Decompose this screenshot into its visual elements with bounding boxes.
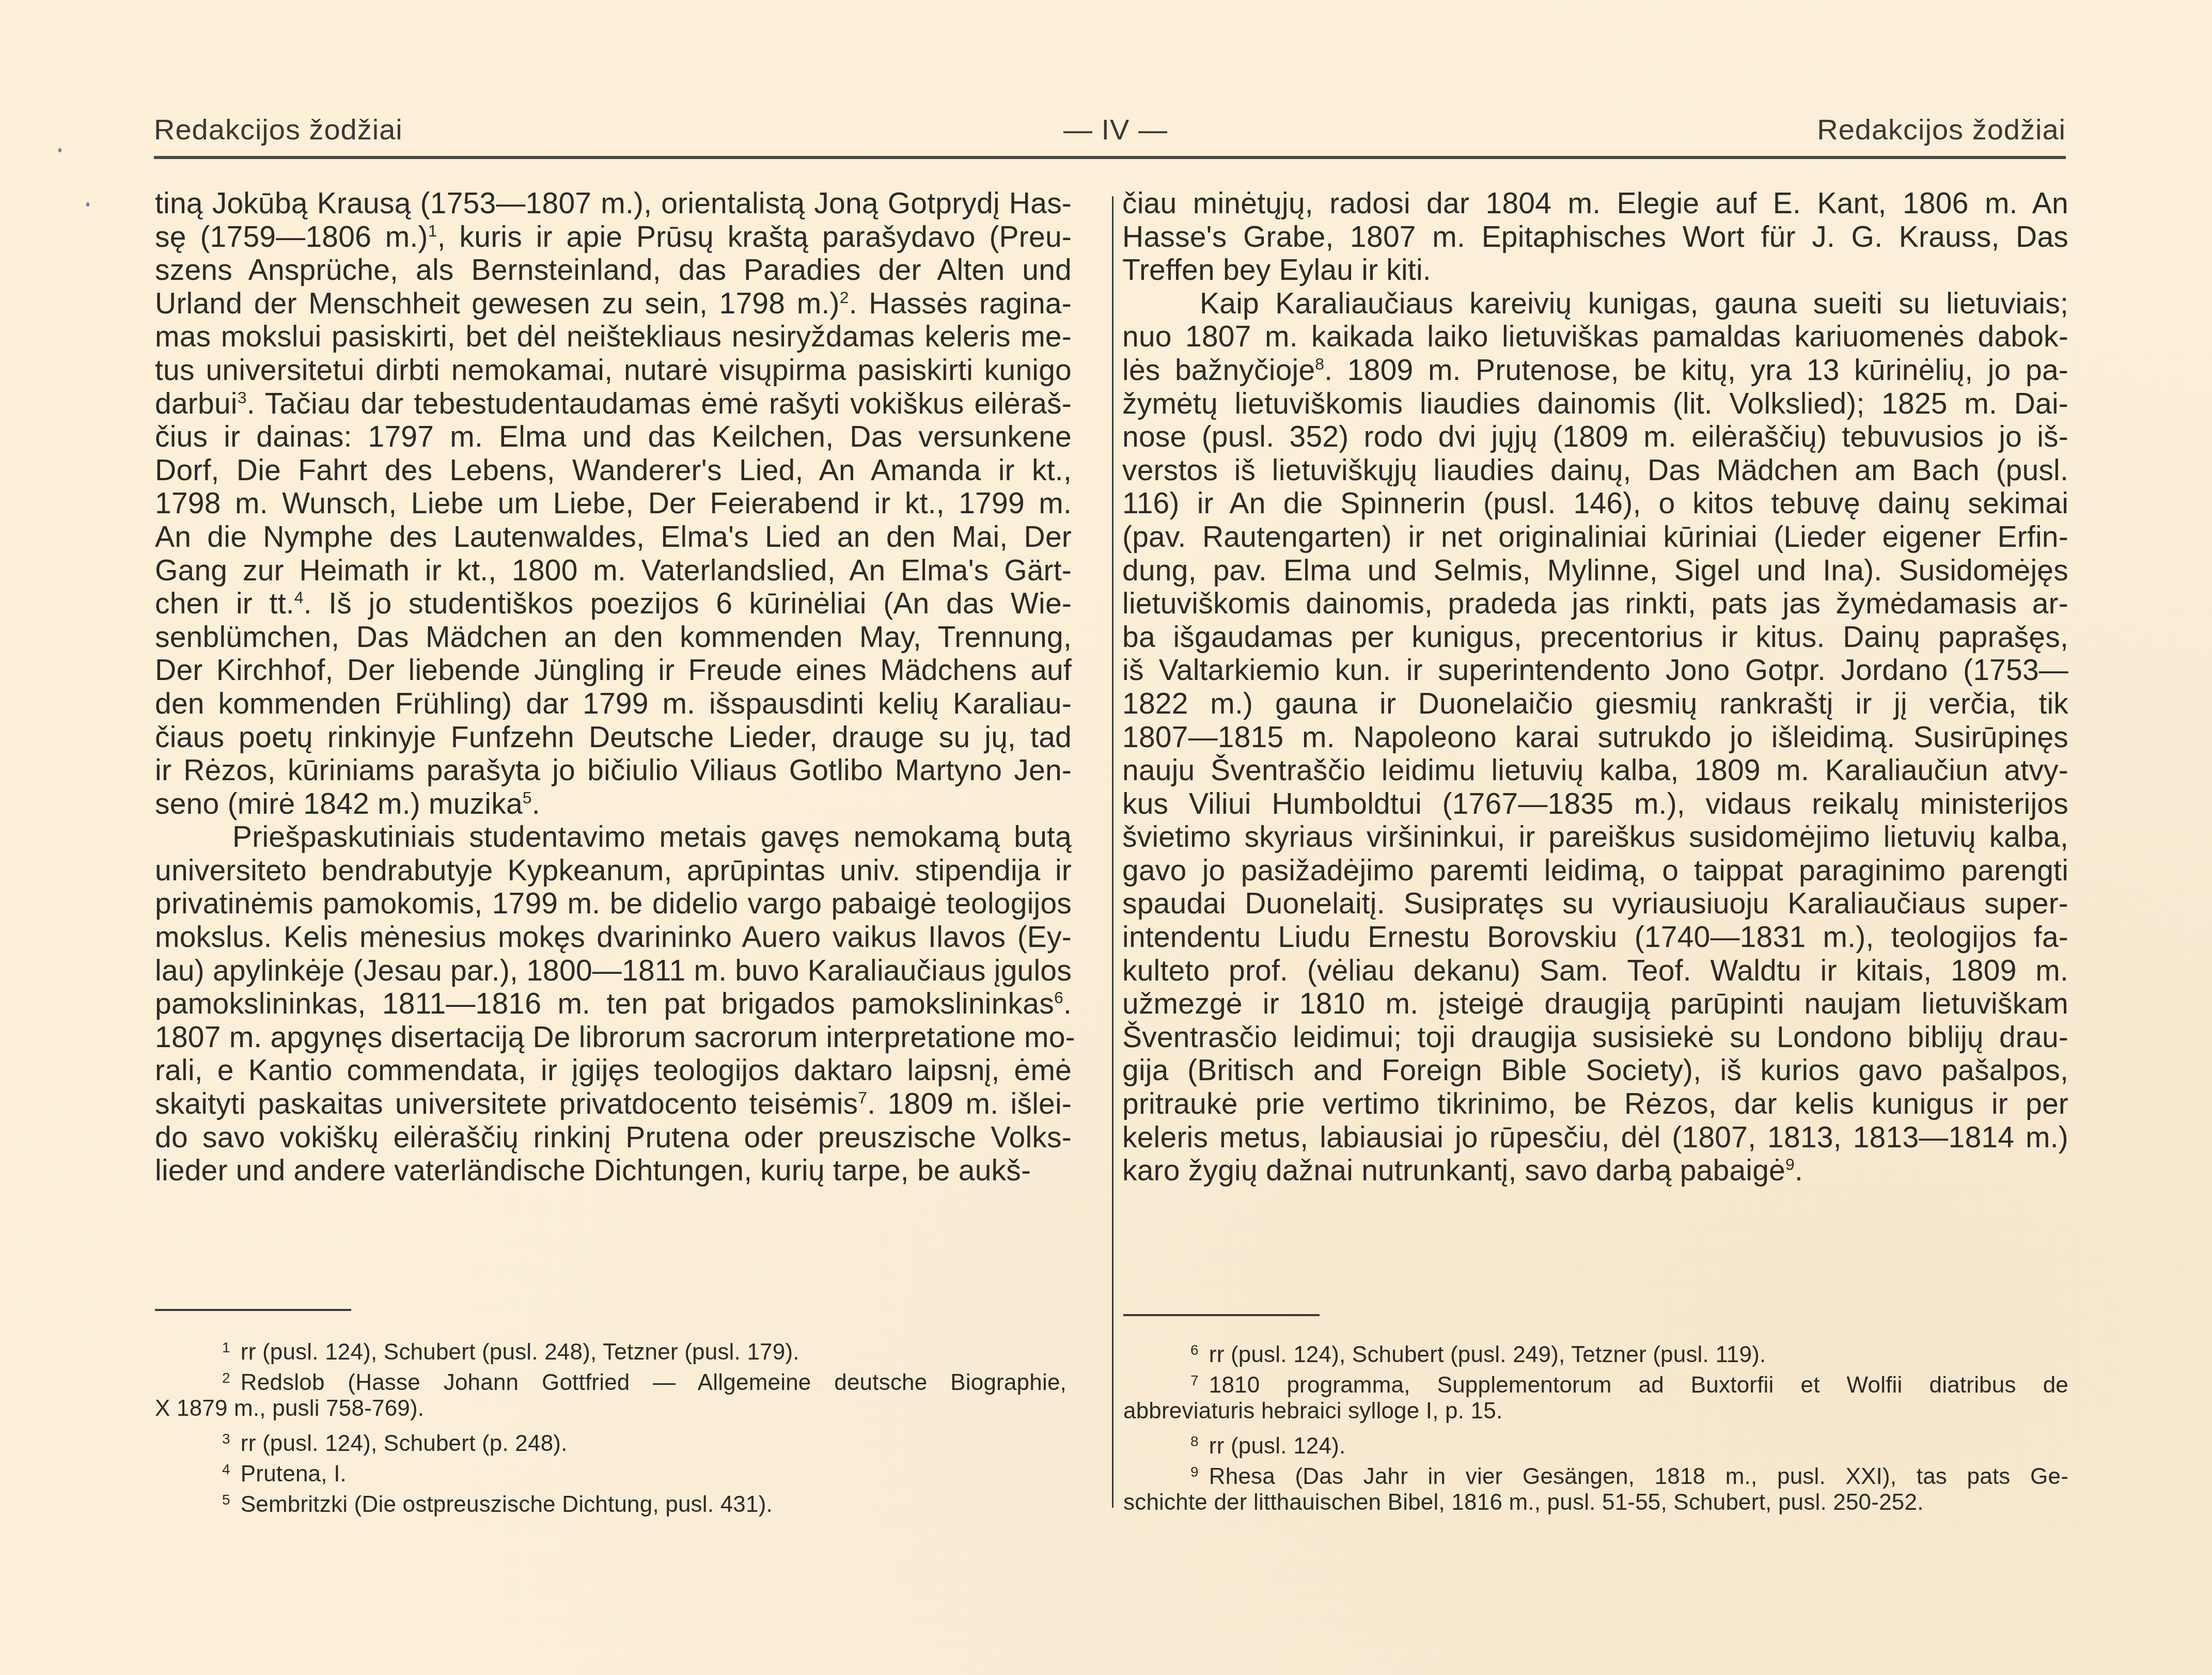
footnote-ref: 9	[1785, 1155, 1795, 1174]
left-column-text: tiną Jokūbą Krausą (1753—1807 m.), orien…	[155, 187, 1072, 1188]
text-line: 1798 m. Wunsch, Liebe um Liebe, Der Feie…	[155, 487, 1072, 520]
footnote-number: 5	[222, 1492, 230, 1508]
footnote-text: Prutena, I.	[241, 1461, 347, 1487]
footnote-number: 4	[222, 1461, 230, 1477]
footnote-ref: 5	[523, 788, 532, 807]
text-line: do savo vokiškų eilėraščių rinkinį Prute…	[155, 1121, 1072, 1155]
text-line: Dorf, Die Fahrt des Lebens, Wanderer's L…	[155, 454, 1072, 487]
text-line: verstos iš lietuviškųjų liaudies dainų, …	[1122, 454, 2068, 487]
footnote-text: rr (pusl. 124), Schubert (pusl. 249), Te…	[1209, 1342, 1766, 1367]
text-line: nuo 1807 m. kaikada laiko lietuviškas pa…	[1122, 320, 2068, 354]
text-line: nauju Šventraščio leidimu lietuvių kalba…	[1122, 754, 2068, 787]
right-column-text: čiau minėtųjų, radosi dar 1804 m. Elegie…	[1122, 187, 2068, 1188]
text-line: nose (pusl. 352) rodo dvi jųjų (1809 m. …	[1122, 420, 2068, 454]
text-line: Hasse's Grabe, 1807 m. Epitaphisches Wor…	[1122, 220, 2068, 254]
text-line: karo žygių dažnai nutrunkantį, savo darb…	[1122, 1154, 2068, 1188]
text-line: lau) apylinkėje (Jesau par.), 1800—1811 …	[155, 954, 1072, 988]
text-line: mas mokslui pasiskirti, bet dėl neištekl…	[155, 320, 1072, 354]
text-line: 116) ir An die Spinnerin (pusl. 146), o …	[1122, 487, 2068, 520]
running-header-left: Redakcijos žodžiai	[154, 113, 403, 146]
text-line: kus Viliui Humboldtui (1767—1835 m.), vi…	[1122, 787, 2068, 821]
footnotes-right: 6rr (pusl. 124), Schubert (pusl. 249), T…	[1123, 1335, 2068, 1518]
footnote-ref: 2	[840, 288, 849, 307]
text-line: ba išgaudamas per kunigus, precentorius …	[1122, 621, 2068, 654]
text-line: darbui3. Tačiau dar tebestudentaudamas ė…	[155, 387, 1072, 421]
footnote-rule-left	[155, 1309, 351, 1311]
text-line: rali, e Kantio commendata, ir įgijęs teo…	[155, 1054, 1072, 1087]
text-line: mokslus. Kelis mėnesius mokęs dvarininko…	[155, 921, 1072, 954]
footnote-line: 8rr (pusl. 124).	[1123, 1426, 2068, 1457]
text-line: švietimo skyriaus viršininkui, ir pareiš…	[1122, 820, 2068, 854]
footnote-ref: 1	[428, 222, 437, 240]
footnote-line: X 1879 m., pusli 758-769).	[155, 1393, 1066, 1424]
footnote-text: abbreviaturis hebraici sylloge I, p. 15.	[1123, 1398, 1502, 1424]
text-line: 1822 m.) gauna ir Duonelaičio giesmių ra…	[1122, 687, 2068, 721]
text-line: szens Ansprüche, als Bernsteinland, das …	[155, 254, 1072, 287]
text-line: pritraukė prie vertimo tikrinimo, be Rėz…	[1122, 1087, 2068, 1121]
text-line: 1807 m. apgynęs disertaciją De librorum …	[155, 1021, 1072, 1054]
running-header-right: Redakcijos žodžiai	[1817, 113, 2066, 146]
text-line: pamokslininkas, 1811—1816 m. ten pat bri…	[155, 987, 1072, 1021]
footnote-text: 1810 programma, Supplementorum ad Buxtor…	[1209, 1372, 2068, 1398]
footnote-ref: 7	[858, 1088, 867, 1107]
footnote-number: 9	[1190, 1464, 1199, 1480]
column-divider	[1112, 196, 1113, 1508]
footnote-line: 6rr (pusl. 124), Schubert (pusl. 249), T…	[1123, 1335, 2068, 1365]
footnote-text: Redslob (Hasse Johann Gottfried — Allgem…	[241, 1370, 1066, 1395]
text-line: iš Valtarkiemio kun. ir superintendento …	[1122, 654, 2068, 687]
text-line: ir Rėzos, kūriniams parašyta jo bičiulio…	[155, 754, 1072, 787]
text-line: tus universitetui dirbti nemokamai, nuta…	[155, 354, 1072, 387]
text-line: lieder und andere vaterländische Dichtun…	[155, 1154, 1072, 1188]
footnote-line: 4Prutena, I.	[155, 1454, 1066, 1484]
footnote-number: 7	[1190, 1372, 1199, 1388]
text-line: den kommenden Frühling) dar 1799 m. išsp…	[155, 687, 1072, 721]
text-line: tiną Jokūbą Krausą (1753—1807 m.), orien…	[155, 187, 1072, 220]
footnote-ref: 4	[294, 588, 304, 607]
text-line: gija (Britisch and Foreign Bible Society…	[1122, 1054, 2068, 1087]
footnote-number: 8	[1190, 1433, 1199, 1449]
footnote-line: 3rr (pusl. 124), Schubert (p. 248).	[155, 1424, 1066, 1454]
footnote-text: rr (pusl. 124), Schubert (pusl. 248), Te…	[241, 1339, 799, 1365]
text-line: lietuviškomis dainomis, pradeda jas rink…	[1122, 587, 2068, 621]
text-line: Priešpaskutiniais studentavimo metais ga…	[155, 820, 1072, 854]
text-line: (pav. Rautengarten) ir net originaliniai…	[1122, 520, 2068, 554]
footnotes-left: 1rr (pusl. 124), Schubert (pusl. 248), T…	[155, 1332, 1066, 1515]
header-rule	[154, 156, 2066, 159]
text-line: privatinėmis pamokomis, 1799 m. be didel…	[155, 887, 1072, 921]
footnote-number: 6	[1190, 1342, 1199, 1358]
text-line: čiaus poetų rinkinyje Funfzehn Deutsche …	[155, 721, 1072, 754]
footnote-line: schichte der litthauischen Bibel, 1816 m…	[1123, 1487, 2068, 1518]
text-line: kulteto prof. (vėliau dekanu) Sam. Teof.…	[1122, 954, 2068, 988]
text-line: universiteto bendrabutyje Kypkeanum, apr…	[155, 854, 1072, 888]
footnote-ref: 3	[238, 388, 247, 407]
footnote-text: rr (pusl. 124), Schubert (p. 248).	[241, 1431, 568, 1456]
footnote-text: Sembritzki (Die ostpreuszische Dichtung,…	[241, 1492, 773, 1517]
text-line: seno (mirė 1842 m.) muzika5.	[155, 787, 1072, 821]
footnote-text: rr (pusl. 124).	[1209, 1433, 1346, 1459]
footnote-rule-right	[1123, 1314, 1320, 1316]
text-line: sę (1759—1806 m.)1, kuris ir apie Prūsų …	[155, 220, 1072, 254]
footnote-line: 1rr (pusl. 124), Schubert (pusl. 248), T…	[155, 1332, 1066, 1363]
text-line: dung, pav. Elma und Selmis, Mylinne, Sig…	[1122, 554, 2068, 588]
footnote-line: 71810 programma, Supplementorum ad Buxto…	[1123, 1365, 2068, 1396]
text-line: 1807—1815 m. Napoleono karai sutrukdo jo…	[1122, 721, 2068, 754]
ink-speck	[86, 202, 89, 207]
text-line: keleris metus, labiausiai jo rūpesčiu, d…	[1122, 1121, 2068, 1155]
footnote-line: abbreviaturis hebraici sylloge I, p. 15.	[1123, 1396, 2068, 1426]
footnote-line: 2Redslob (Hasse Johann Gottfried — Allge…	[155, 1363, 1066, 1393]
footnote-text: X 1879 m., pusli 758-769).	[155, 1396, 424, 1421]
footnote-number: 1	[222, 1339, 230, 1355]
text-line: čius ir dainas: 1797 m. Elma und das Kei…	[155, 420, 1072, 454]
text-line: čiau minėtųjų, radosi dar 1804 m. Elegie…	[1122, 187, 2068, 220]
ink-speck	[58, 148, 61, 152]
text-line: spaudai Duonelaitį. Susipratęs su vyriau…	[1122, 887, 2068, 921]
text-line: Gang zur Heimath ir kt., 1800 m. Vaterla…	[155, 554, 1072, 588]
footnote-number: 3	[222, 1431, 230, 1447]
text-line: Šventrasčio leidimui; toji draugija susi…	[1122, 1021, 2068, 1054]
text-line: An die Nymphe des Lautenwaldes, Elma's L…	[155, 520, 1072, 554]
text-line: skaityti paskaitas universitete privatdo…	[155, 1087, 1072, 1121]
text-line: chen ir tt.4. Iš jo studentiškos poezijo…	[155, 587, 1072, 621]
text-line: intendentu Liudu Ernestu Borovskiu (1740…	[1122, 921, 2068, 954]
text-line: žymėtų lietuviškomis liaudies dainomis (…	[1122, 387, 2068, 421]
text-line: senblümchen, Das Mädchen an den kommende…	[155, 621, 1072, 654]
text-line: užmezgė ir 1810 m. įsteigė draugiją parū…	[1122, 987, 2068, 1021]
footnote-text: Rhesa (Das Jahr in vier Gesängen, 1818 m…	[1209, 1464, 2068, 1489]
text-line: gavo jo pasižadėjimo paremti leidimą, o …	[1122, 854, 2068, 888]
footnote-text: schichte der litthauischen Bibel, 1816 m…	[1123, 1490, 1924, 1515]
text-line: Urland der Menschheit gewesen zu sein, 1…	[155, 287, 1072, 321]
footnote-number: 2	[222, 1370, 230, 1386]
text-line: Treffen bey Eylau ir kiti.	[1122, 254, 2068, 287]
footnote-line: 5Sembritzki (Die ostpreuszische Dichtung…	[155, 1484, 1066, 1515]
page-number: — IV —	[1048, 113, 1183, 146]
text-line: Kaip Karaliaučiaus kareivių kunigas, gau…	[1122, 287, 2068, 321]
text-line: lės bažnyčioje8. 1809 m. Prutenose, be k…	[1122, 354, 2068, 387]
text-line: Der Kirchhof, Der liebende Jüngling ir F…	[155, 654, 1072, 687]
footnote-line: 9Rhesa (Das Jahr in vier Gesängen, 1818 …	[1123, 1457, 2068, 1487]
footnote-ref: 8	[1315, 355, 1324, 373]
footnote-ref: 6	[1054, 988, 1063, 1007]
